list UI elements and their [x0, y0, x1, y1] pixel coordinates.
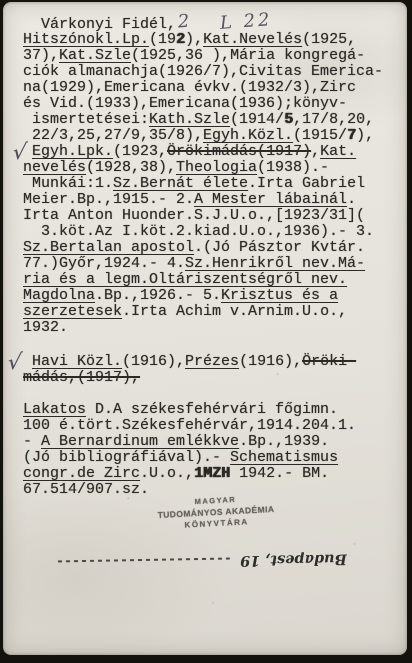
- text-segment: .(Jó Pásztor Kvtár.: [194, 239, 365, 256]
- pencil-checkmark: √: [6, 351, 23, 372]
- text-segment: 1932.: [23, 319, 68, 336]
- text-segment: (1923,: [113, 143, 167, 160]
- text-segment: .: [347, 191, 356, 208]
- typed-line: 100 é.tört.Székesfehérvár,1914.204.1.: [23, 418, 401, 434]
- text-segment: Sz.Bertalan apostol: [23, 239, 194, 256]
- text-segment: 1942.- BM.: [230, 465, 329, 482]
- text-segment: Munkái:1.: [23, 175, 113, 192]
- typed-line: Lakatos D.A székesfehérvári főgimn.: [23, 402, 401, 418]
- text-segment: mádás,(1917),: [23, 369, 140, 386]
- handwritten-note: 2: [177, 15, 192, 30]
- typed-line: Sz.Bertalan apostol.(Jó Pásztor Kvtár.: [23, 240, 401, 256]
- text-segment: Öröki-: [302, 353, 356, 370]
- typed-line: 22/3,25,27/9,35/8),Egyh.Közl.(1915/7),: [23, 128, 401, 144]
- text-segment: (1916),: [239, 353, 302, 370]
- text-segment: .Irta Gabriel: [248, 175, 365, 192]
- text-segment: Mária kongregá-: [230, 47, 365, 64]
- typed-line: nevelés(1928,38),Theologia(1938).-: [23, 160, 401, 176]
- text-segment: (1938).-: [257, 159, 329, 176]
- typed-line: Hitszónokl.Lp.(192),Kat.Nevelés(1925,: [23, 32, 401, 48]
- text-segment: .Bp.,1939.: [239, 433, 329, 450]
- text-segment: ),: [185, 31, 203, 48]
- typed-line: - A Bernardinum emlékkve.Bp.,1939.: [23, 434, 401, 450]
- text-segment: (1916),: [122, 353, 185, 370]
- text-segment: 22/3,25,27/9,35/8),: [23, 127, 203, 144]
- text-segment: szerzetesek: [23, 303, 122, 320]
- lakatos-references: Lakatos D.A székesfehérvári főgimn.100 é…: [23, 402, 401, 498]
- text-segment: ),: [356, 127, 374, 144]
- text-segment: és Vid.(1933),Emericana(1936);könyv-: [23, 95, 347, 112]
- text-segment: A Bernardinum emlékkve: [41, 433, 239, 450]
- text-segment: Havi Közl.: [32, 353, 122, 370]
- typed-line: Magdolna.Bp.,1926.- 5.Krisztus és a: [23, 288, 401, 304]
- text-segment: [23, 353, 32, 370]
- text-segment: Magdolna: [23, 287, 95, 304]
- text-segment: Örökimádás(1917): [167, 143, 311, 160]
- text-segment: -: [23, 433, 41, 450]
- text-segment: Schematismus: [230, 449, 338, 466]
- text-segment: (19: [149, 31, 176, 48]
- text-segment: Sz.Bernát élete: [113, 175, 248, 192]
- typed-line: 77.)Győr,1924.- 4.Sz.Henrikről nev.Má-: [23, 256, 401, 272]
- text-segment: (1925,: [302, 31, 356, 48]
- text-segment: 2: [176, 31, 185, 48]
- catalog-card: Várkonyi Fidél,2L 22Hitszónokl.Lp.(192),…: [3, 2, 407, 655]
- typed-line: na(1929),Emericana évkv.(1932/3),Zirc: [23, 80, 401, 96]
- main-entry: Várkonyi Fidél,2L 22Hitszónokl.Lp.(192),…: [23, 16, 401, 336]
- typed-line: (Jó bibliográfiával).- Schematismus: [23, 450, 401, 466]
- text-segment: ,17/8,20,: [293, 111, 374, 128]
- typed-line: 3.köt.Az I.köt.2.kiad.U.o.,1936).- 3.: [23, 224, 401, 240]
- text-segment: ciók almanachja(1926/7),Civitas Emerica-: [23, 63, 383, 80]
- text-segment: (1928,38),: [86, 159, 176, 176]
- typed-line: és Vid.(1933),Emericana(1936);könyv-: [23, 96, 401, 112]
- text-segment: ria és a legm.Oltáriszentségről nev.: [23, 271, 347, 288]
- date-place-label: Budapest, 19: [240, 550, 347, 569]
- text-segment: ismertetései:: [23, 111, 149, 128]
- typed-text: Várkonyi Fidél,2L 22Hitszónokl.Lp.(192),…: [23, 16, 401, 498]
- text-segment: (1914/: [230, 111, 284, 128]
- text-segment: Kat.Nevelés: [203, 31, 302, 48]
- text-segment: congr.de Zirc: [23, 465, 140, 482]
- text-segment: ,: [311, 143, 320, 160]
- text-segment: 77.)Győr,1924.- 4.: [23, 255, 185, 272]
- text-segment: 67.514/907.sz.: [23, 481, 149, 498]
- typed-line: congr.de Zirc.U.o.,1MZH 1942.- BM.: [23, 466, 401, 482]
- typed-line: Meier.Bp.,1915.- 2.A Mester lábainál.: [23, 192, 401, 208]
- text-segment: (Jó bibliográfiával).-: [23, 449, 230, 466]
- typed-line: ria és a legm.Oltáriszentségről nev.: [23, 272, 401, 288]
- text-segment: 37),: [23, 47, 59, 64]
- typed-line: szerzetesek.Irta Achim v.Arnim.U.o.,: [23, 304, 401, 320]
- typed-line: mádás,(1917),: [23, 370, 401, 386]
- typed-line: Munkái:1.Sz.Bernát élete.Irta Gabriel: [23, 176, 401, 192]
- text-segment: Irta Anton Huonder.S.J.U.o.,[1923/31](: [23, 207, 365, 224]
- text-segment: Sz.Henrikről nev.Má-: [185, 255, 365, 272]
- typed-line: Irta Anton Huonder.S.J.U.o.,[1923/31](: [23, 208, 401, 224]
- text-segment: 5: [284, 111, 293, 128]
- text-segment: .Bp.,1926.- 5.: [95, 287, 221, 304]
- text-segment: .U.o.,: [140, 465, 194, 482]
- text-segment: A Mester lábainál: [194, 191, 347, 208]
- text-segment: .Irta Achim v.Arnim.U.o.,: [122, 303, 347, 320]
- text-segment: Kat.Szle: [59, 47, 131, 64]
- typed-line: ciók almanachja(1926/7),Civitas Emerica-: [23, 64, 401, 80]
- text-segment: (1915/: [293, 127, 347, 144]
- typed-line: Egyh.Lpk.(1923,Örökimádás(1917),Kat.: [23, 144, 401, 160]
- scanned-image: Várkonyi Fidél,2L 22Hitszónokl.Lp.(192),…: [0, 0, 412, 663]
- text-segment: 100 é.tört.Székesfehérvár,1914.204.1.: [23, 417, 356, 434]
- text-segment: Theologia: [176, 159, 257, 176]
- text-segment: D.A székesfehérvári főgimn.: [86, 401, 338, 418]
- text-segment: Meier.Bp.,1915.- 2.: [23, 191, 194, 208]
- text-segment: Egyh.Lpk.: [32, 143, 113, 160]
- text-segment: Krisztus és a: [221, 287, 338, 304]
- text-segment: na(1929),Emericana évkv.(1932/3),Zirc: [23, 79, 356, 96]
- printed-date-line: Budapest, 19: [55, 551, 347, 582]
- text-segment: 7: [347, 127, 356, 144]
- dotted-fill-line: [55, 557, 230, 562]
- text-segment: nevelés: [23, 159, 86, 176]
- text-segment: Kat.: [320, 143, 356, 160]
- typed-line: 1932.: [23, 320, 401, 336]
- typed-line: ismertetései:Kath.Szle(1914/5,17/8,20,: [23, 112, 401, 128]
- addendum-periodicals: Havi Közl.(1916),Prézes(1916),Öröki-mádá…: [23, 354, 401, 386]
- typed-line: Várkonyi Fidél,2L 22: [23, 16, 401, 32]
- text-segment: Lakatos: [23, 401, 86, 418]
- text-segment: Hitszónokl.Lp.: [23, 31, 149, 48]
- text-segment: 1MZH: [194, 465, 230, 482]
- text-segment: 3.köt.Az I.köt.2.kiad.U.o.,1936).- 3.: [23, 223, 374, 240]
- text-segment: Kath.Szle: [149, 111, 230, 128]
- text-segment: Egyh.Közl.: [203, 127, 293, 144]
- text-segment: Prézes: [185, 353, 239, 370]
- typed-line: 37),Kat.Szle(1925,36 ),Mária kongregá-: [23, 48, 401, 64]
- text-segment: (1925,36 ),: [131, 47, 230, 64]
- typed-line: Havi Közl.(1916),Prézes(1916),Öröki-: [23, 354, 401, 370]
- handwritten-note: L 22: [220, 13, 273, 31]
